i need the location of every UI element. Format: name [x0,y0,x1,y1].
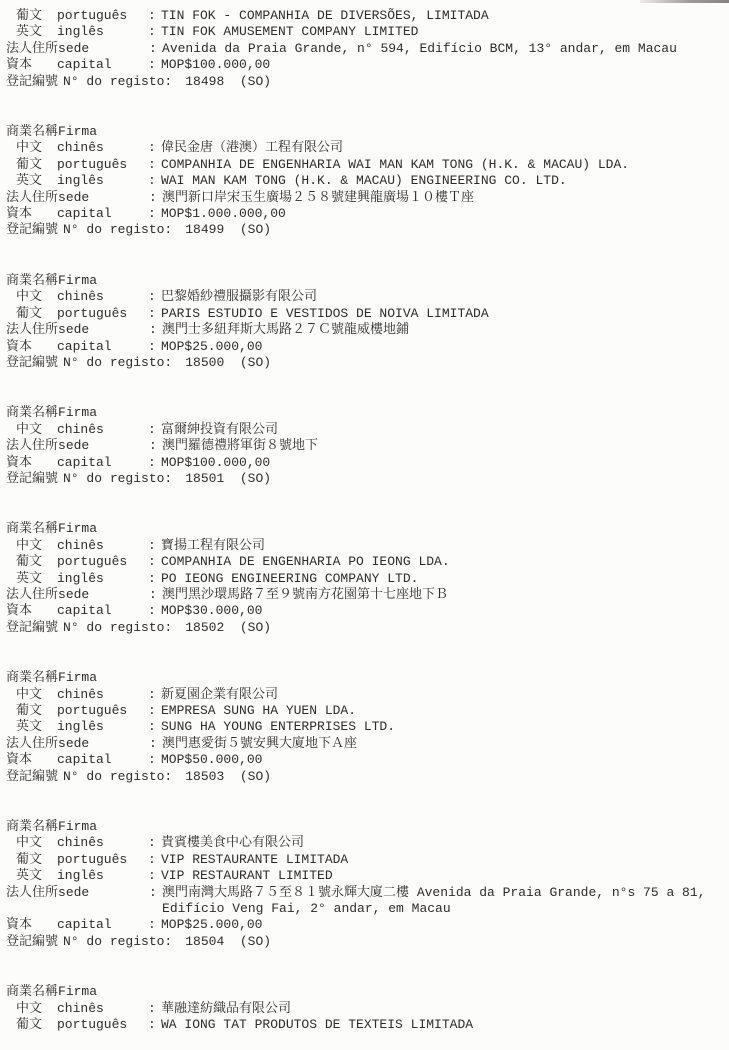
field-row: 葡文português:WA IONG TAT PRODUTOS DE TEXT… [6,1017,723,1033]
field-row: 中文chinês:富爾紳投資有限公司 [6,422,723,438]
field-value-cell: :COMPANHIA DE ENGENHARIA WAI MAN KAM TON… [148,157,723,173]
label-zh: 登記編號 [6,74,58,90]
colon-separator: : [148,8,161,24]
field-value-cell: :EMPRESA SUNG HA YUEN LDA. [148,703,723,719]
label-pt: Firma [58,819,149,835]
entry-header-row: 商業名稱Firma [6,670,723,686]
colon-separator: : [148,687,161,703]
label-pt: sede [58,587,149,603]
field-value-cell: :VIP RESTAURANTE LIMITADA [148,852,723,868]
label-pt: sede [58,885,149,901]
label-zh: 英文 [6,868,57,884]
label-pt: chinês [57,1001,148,1017]
field-value-cell: :MOP$30.000,00 [148,603,723,619]
registry-number-value: 18498 (SO) [185,74,271,90]
field-value-cell: :VIP RESTAURANT LIMITED [148,868,723,884]
colon-separator: : [148,554,161,570]
field-value: 華融達紡織品有限公司 [161,1001,291,1017]
field-row: 法人住所sede:澳門新口岸宋玉生廣場２５８號建興龍廣場１０樓Ｔ座 [6,190,723,206]
label-zh: 法人住所 [6,41,58,57]
label-pt: N° do registo: [63,355,172,371]
label-zh: 中文 [6,1001,57,1017]
field-row: 葡文português:COMPANHIA DE ENGENHARIA PO I… [6,554,723,570]
label-zh: 法人住所 [6,587,58,603]
label-zh: 葡文 [6,306,57,322]
entry-header-row: 商業名稱Firma [6,521,723,537]
field-row: 中文chinês:偉民金唐（港澳）工程有限公司 [6,140,723,156]
field-value: 寶揚工程有限公司 [161,538,265,554]
colon-separator: : [148,173,161,189]
colon-separator: : [148,703,161,719]
label-zh: 中文 [6,835,57,851]
label-zh: 商業名稱 [6,124,58,140]
label-zh: 資本 [6,752,57,768]
field-value: WAI MAN KAM TONG (H.K. & MACAU) ENGINEER… [161,173,567,189]
field-value-cell: :偉民金唐（港澳）工程有限公司 [148,140,723,156]
label-pt: sede [58,736,149,752]
field-value-cell: :WAI MAN KAM TONG (H.K. & MACAU) ENGINEE… [148,173,723,189]
field-row: 英文inglês:VIP RESTAURANT LIMITED [6,868,723,884]
label-pt: português [57,852,148,868]
scan-artifact [640,0,729,3]
label-pt: português [57,554,148,570]
field-row: 葡文português:EMPRESA SUNG HA YUEN LDA. [6,703,723,719]
colon-separator: : [148,289,161,305]
field-row: 葡文português:VIP RESTAURANTE LIMITADA [6,852,723,868]
field-value-cell: :PARIS ESTUDIO E VESTIDOS DE NOIVA LIMIT… [148,306,723,322]
label-pt: capital [57,752,148,768]
label-pt: capital [57,206,148,222]
label-zh: 資本 [6,339,57,355]
label-pt: N° do registo: [63,769,172,785]
field-row: 資本capital:MOP$30.000,00 [6,603,723,619]
registry-entries: 葡文português:TIN FOK - COMPANHIA DE DIVER… [6,8,723,1034]
company-entry: 商業名稱Firma中文chinês:寶揚工程有限公司葡文português:CO… [6,521,723,636]
colon-separator: : [148,140,161,156]
colon-separator: : [148,571,161,587]
field-value-cell: :貴賓樓美食中心有限公司 [148,835,723,851]
label-pt: capital [57,603,148,619]
label-zh: 法人住所 [6,322,58,338]
label-zh: 商業名稱 [6,273,58,289]
entry-header-row: 商業名稱Firma [6,273,723,289]
colon-separator: : [149,190,162,206]
field-value: VIP RESTAURANT LIMITED [161,868,333,884]
field-value: 澳門黑沙環馬路７至９號南方花園第十七座地下Ｂ [162,587,448,603]
colon-separator: : [148,752,161,768]
field-value: MOP$100.000,00 [161,455,270,471]
label-zh: 登記編號 [6,934,58,950]
colon-separator: : [148,24,161,40]
company-entry: 商業名稱Firma中文chinês:華融達紡織品有限公司葡文português:… [6,984,723,1033]
field-value-cell: :澳門新口岸宋玉生廣場２５８號建興龍廣場１０樓Ｔ座 [149,190,723,206]
colon-separator: : [149,438,162,454]
field-row: 資本capital:MOP$1.000.000,00 [6,206,723,222]
field-value: MOP$30.000,00 [161,603,262,619]
label-zh: 資本 [6,206,57,222]
field-value-cell: :MOP$50.000,00 [148,752,723,768]
field-value: Avenida da Praia Grande, n° 594, Edifíci… [162,41,677,57]
field-row: 法人住所sede:澳門惠愛街５號安興大廈地下Ａ座 [6,736,723,752]
label-zh: 登記編號 [6,769,58,785]
company-entry: 商業名稱Firma中文chinês:偉民金唐（港澳）工程有限公司葡文portug… [6,124,723,239]
colon-separator: : [148,835,161,851]
label-pt: Firma [58,405,149,421]
label-zh: 中文 [6,140,57,156]
label-zh: 葡文 [6,703,57,719]
colon-separator: : [148,868,161,884]
label-pt: inglês [57,868,148,884]
company-entry: 葡文português:TIN FOK - COMPANHIA DE DIVER… [6,8,723,90]
field-value-cell: :MOP$25.000,00 [148,339,723,355]
field-value: TIN FOK AMUSEMENT COMPANY LIMITED [161,24,418,40]
label-zh: 法人住所 [6,190,58,206]
field-value: 新夏園企業有限公司 [161,687,278,703]
label-pt: N° do registo: [63,620,172,636]
colon-separator: : [148,455,161,471]
field-row: 中文chinês:巴黎婚紗禮服攝影有限公司 [6,289,723,305]
field-row: 中文chinês:華融達紡織品有限公司 [6,1001,723,1017]
field-value-cell: :TIN FOK - COMPANHIA DE DIVERSÕES, LIMIT… [148,8,723,24]
field-value-cell: :Avenida da Praia Grande, n° 594, Edifíc… [149,41,723,57]
colon-separator: : [148,603,161,619]
field-value: PARIS ESTUDIO E VESTIDOS DE NOIVA LIMITA… [161,306,489,322]
field-value-cell: :華融達紡織品有限公司 [148,1001,723,1017]
field-value: 澳門南灣大馬路７５至８１號永輝大廈二樓 Avenida da Praia Gra… [162,885,705,918]
field-value-cell: :澳門士多紐拜斯大馬路２７Ｃ號龍威樓地鋪 [149,322,723,338]
colon-separator: : [149,587,162,603]
company-entry: 商業名稱Firma中文chinês:富爾紳投資有限公司法人住所sede:澳門羅德… [6,405,723,487]
field-row: 葡文português:TIN FOK - COMPANHIA DE DIVER… [6,8,723,24]
colon-separator: : [149,885,162,901]
label-pt: inglês [57,571,148,587]
registry-number-row: 登記編號N° do registo:18500 (SO) [6,355,723,371]
label-pt: inglês [57,173,148,189]
colon-separator: : [148,719,161,735]
label-pt: N° do registo: [63,471,172,487]
field-value: 澳門惠愛街５號安興大廈地下Ａ座 [162,736,357,752]
label-pt: capital [57,339,148,355]
field-row: 法人住所sede:澳門南灣大馬路７５至８１號永輝大廈二樓 Avenida da … [6,885,723,918]
label-zh: 葡文 [6,1017,57,1033]
label-pt: capital [57,917,148,933]
field-value-cell: :澳門南灣大馬路７５至８１號永輝大廈二樓 Avenida da Praia Gr… [149,885,723,918]
field-value-cell: :澳門羅德禮將軍街８號地下 [149,438,723,454]
label-pt: português [57,157,148,173]
label-zh: 葡文 [6,8,57,24]
label-zh: 登記編號 [6,471,58,487]
field-value: MOP$25.000,00 [161,339,262,355]
label-pt: português [57,703,148,719]
registry-number-value: 18501 (SO) [185,471,271,487]
label-pt: português [57,8,148,24]
label-pt: Firma [58,984,149,1000]
colon-separator: : [148,852,161,868]
colon-separator: : [148,157,161,173]
entry-header-row: 商業名稱Firma [6,984,723,1000]
field-value-cell: :寶揚工程有限公司 [148,538,723,554]
label-zh: 資本 [6,917,57,933]
label-zh: 英文 [6,719,57,735]
field-value: COMPANHIA DE ENGENHARIA WAI MAN KAM TONG… [161,157,629,173]
label-pt: sede [58,190,149,206]
label-zh: 商業名稱 [6,521,58,537]
field-value-cell: :MOP$100.000,00 [148,455,723,471]
field-row: 資本capital:MOP$50.000,00 [6,752,723,768]
label-zh: 登記編號 [6,222,58,238]
field-value: SUNG HA YOUNG ENTERPRISES LTD. [161,719,395,735]
field-value: 富爾紳投資有限公司 [161,422,278,438]
label-zh: 中文 [6,538,57,554]
field-row: 中文chinês:寶揚工程有限公司 [6,538,723,554]
registry-number-value: 18504 (SO) [185,934,271,950]
field-row: 法人住所sede:Avenida da Praia Grande, n° 594… [6,41,723,57]
company-entry: 商業名稱Firma中文chinês:巴黎婚紗禮服攝影有限公司葡文portuguê… [6,273,723,371]
label-pt: inglês [57,24,148,40]
label-pt: sede [58,41,149,57]
label-zh: 英文 [6,24,57,40]
label-zh: 商業名稱 [6,984,58,1000]
label-pt: chinês [57,422,148,438]
registry-number-value: 18503 (SO) [185,769,271,785]
field-value-cell: :SUNG HA YOUNG ENTERPRISES LTD. [148,719,723,735]
registry-number-row: 登記編號N° do registo:18498 (SO) [6,74,723,90]
colon-separator: : [149,736,162,752]
colon-separator: : [148,1017,161,1033]
label-zh: 葡文 [6,157,57,173]
label-zh: 登記編號 [6,355,58,371]
field-value-cell: :PO IEONG ENGINEERING COMPANY LTD. [148,571,723,587]
label-pt: capital [57,57,148,73]
registry-number-row: 登記編號N° do registo:18502 (SO) [6,620,723,636]
entry-header-row: 商業名稱Firma [6,819,723,835]
field-value: COMPANHIA DE ENGENHARIA PO IEONG LDA. [161,554,450,570]
colon-separator: : [149,41,162,57]
field-value-cell: :澳門黑沙環馬路７至９號南方花園第十七座地下Ｂ [149,587,723,603]
field-value-cell: :富爾紳投資有限公司 [148,422,723,438]
label-pt: Firma [58,273,149,289]
field-value: WA IONG TAT PRODUTOS DE TEXTEIS LIMITADA [161,1017,473,1033]
field-row: 葡文português:PARIS ESTUDIO E VESTIDOS DE … [6,306,723,322]
colon-separator: : [148,538,161,554]
label-pt: português [57,306,148,322]
registry-page: 葡文português:TIN FOK - COMPANHIA DE DIVER… [0,0,729,1050]
colon-separator: : [148,1001,161,1017]
field-value: MOP$1.000.000,00 [161,206,286,222]
field-value: MOP$50.000,00 [161,752,262,768]
field-value-cell: :MOP$1.000.000,00 [148,206,723,222]
field-row: 葡文português:COMPANHIA DE ENGENHARIA WAI … [6,157,723,173]
colon-separator: : [149,322,162,338]
label-pt: capital [57,455,148,471]
label-zh: 商業名稱 [6,819,58,835]
field-value: MOP$25.000,00 [161,917,262,933]
label-pt: Firma [58,124,149,140]
registry-number-value: 18500 (SO) [185,355,271,371]
field-value-cell: :澳門惠愛街５號安興大廈地下Ａ座 [149,736,723,752]
label-pt: sede [58,322,149,338]
field-row: 中文chinês:貴賓樓美食中心有限公司 [6,835,723,851]
label-zh: 英文 [6,173,57,189]
field-row: 資本capital:MOP$100.000,00 [6,57,723,73]
colon-separator: : [148,57,161,73]
field-value-cell: :MOP$25.000,00 [148,917,723,933]
registry-number-row: 登記編號N° do registo:18504 (SO) [6,934,723,950]
label-zh: 中文 [6,289,57,305]
company-entry: 商業名稱Firma中文chinês:貴賓樓美食中心有限公司葡文português… [6,819,723,950]
field-row: 資本capital:MOP$100.000,00 [6,455,723,471]
colon-separator: : [148,339,161,355]
label-zh: 葡文 [6,554,57,570]
field-value-cell: :巴黎婚紗禮服攝影有限公司 [148,289,723,305]
field-row: 中文chinês:新夏園企業有限公司 [6,687,723,703]
field-value: 貴賓樓美食中心有限公司 [161,835,304,851]
label-pt: chinês [57,687,148,703]
field-value: 澳門士多紐拜斯大馬路２７Ｃ號龍威樓地鋪 [162,322,409,338]
colon-separator: : [148,206,161,222]
label-pt: chinês [57,835,148,851]
registry-number-row: 登記編號N° do registo:18501 (SO) [6,471,723,487]
field-row: 英文inglês:TIN FOK AMUSEMENT COMPANY LIMIT… [6,24,723,40]
label-pt: chinês [57,140,148,156]
label-pt: Firma [58,670,149,686]
label-zh: 法人住所 [6,438,58,454]
field-value-cell: :新夏園企業有限公司 [148,687,723,703]
label-zh: 中文 [6,422,57,438]
registry-number-row: 登記編號N° do registo:18503 (SO) [6,769,723,785]
label-pt: chinês [57,289,148,305]
label-pt: N° do registo: [63,74,172,90]
field-value-cell: :COMPANHIA DE ENGENHARIA PO IEONG LDA. [148,554,723,570]
field-value: 澳門羅德禮將軍街８號地下 [162,438,318,454]
field-value: 巴黎婚紗禮服攝影有限公司 [161,289,317,305]
label-zh: 法人住所 [6,885,58,901]
field-row: 英文inglês:WAI MAN KAM TONG (H.K. & MACAU)… [6,173,723,189]
field-value: VIP RESTAURANTE LIMITADA [161,852,348,868]
field-row: 資本capital:MOP$25.000,00 [6,917,723,933]
label-zh: 資本 [6,455,57,471]
label-pt: sede [58,438,149,454]
colon-separator: : [148,306,161,322]
entry-header-row: 商業名稱Firma [6,124,723,140]
label-pt: português [57,1017,148,1033]
field-row: 法人住所sede:澳門士多紐拜斯大馬路２７Ｃ號龍威樓地鋪 [6,322,723,338]
label-zh: 英文 [6,571,57,587]
label-pt: N° do registo: [63,934,172,950]
registry-number-value: 18502 (SO) [185,620,271,636]
registry-number-row: 登記編號N° do registo:18499 (SO) [6,222,723,238]
field-value: 偉民金唐（港澳）工程有限公司 [161,140,343,156]
label-zh: 資本 [6,57,57,73]
company-entry: 商業名稱Firma中文chinês:新夏園企業有限公司葡文português:E… [6,670,723,785]
label-pt: chinês [57,538,148,554]
label-pt: Firma [58,521,149,537]
field-value: 澳門新口岸宋玉生廣場２５８號建興龍廣場１０樓Ｔ座 [162,190,474,206]
label-pt: N° do registo: [63,222,172,238]
registry-number-value: 18499 (SO) [185,222,271,238]
colon-separator: : [148,917,161,933]
label-pt: inglês [57,719,148,735]
label-zh: 葡文 [6,852,57,868]
label-zh: 資本 [6,603,57,619]
field-value-cell: :WA IONG TAT PRODUTOS DE TEXTEIS LIMITAD… [148,1017,723,1033]
field-value: EMPRESA SUNG HA YUEN LDA. [161,703,356,719]
label-zh: 商業名稱 [6,670,58,686]
field-value-cell: :MOP$100.000,00 [148,57,723,73]
field-row: 英文inglês:SUNG HA YOUNG ENTERPRISES LTD. [6,719,723,735]
label-zh: 法人住所 [6,736,58,752]
label-zh: 登記編號 [6,620,58,636]
label-zh: 中文 [6,687,57,703]
field-value: MOP$100.000,00 [161,57,270,73]
field-row: 法人住所sede:澳門黑沙環馬路７至９號南方花園第十七座地下Ｂ [6,587,723,603]
colon-separator: : [148,422,161,438]
field-value-cell: :TIN FOK AMUSEMENT COMPANY LIMITED [148,24,723,40]
field-row: 英文inglês:PO IEONG ENGINEERING COMPANY LT… [6,571,723,587]
field-row: 法人住所sede:澳門羅德禮將軍街８號地下 [6,438,723,454]
field-row: 資本capital:MOP$25.000,00 [6,339,723,355]
field-value: PO IEONG ENGINEERING COMPANY LTD. [161,571,418,587]
entry-header-row: 商業名稱Firma [6,405,723,421]
field-value: TIN FOK - COMPANHIA DE DIVERSÕES, LIMITA… [161,8,489,24]
label-zh: 商業名稱 [6,405,58,421]
